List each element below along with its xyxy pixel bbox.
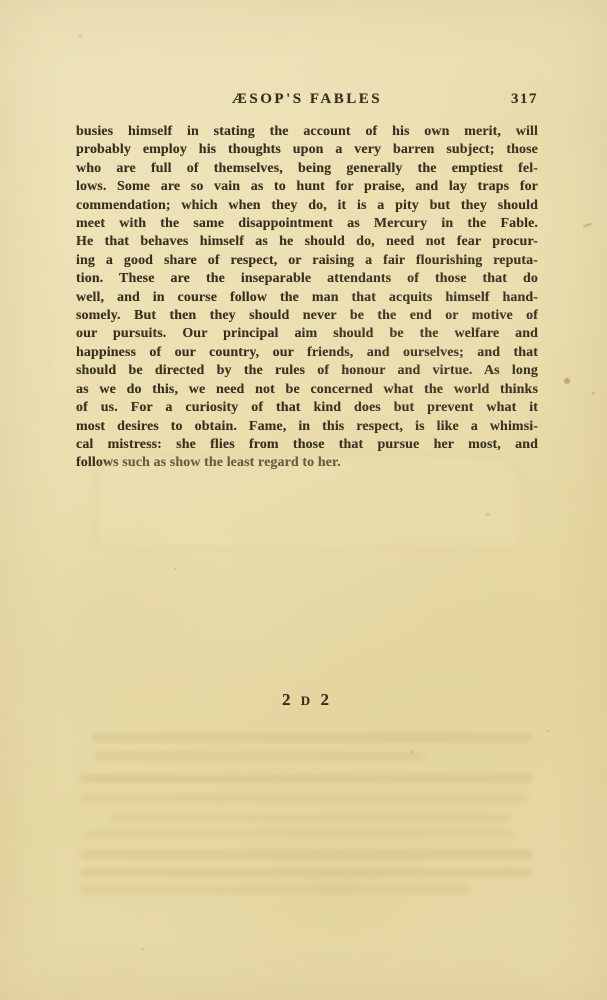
text-line: ing a good share of respect, or raising … xyxy=(76,252,538,270)
foxing-spot xyxy=(410,751,413,753)
body-paragraph: busies himself in stating the account of… xyxy=(76,123,538,473)
text-line: tion. These are the inseparable attendan… xyxy=(76,270,538,288)
showthrough-text-artifact xyxy=(80,774,532,783)
running-header: ÆSOP'S FABLES 317 xyxy=(76,89,538,109)
text-line: should be directed by the rules of honou… xyxy=(76,362,538,380)
page-number: 317 xyxy=(511,89,538,109)
text-line: meet with the same disappointment as Mer… xyxy=(76,215,538,233)
signature-mark-part: 2 xyxy=(282,690,294,709)
showthrough-text-artifact xyxy=(80,850,532,859)
foxing-spot xyxy=(486,513,490,516)
showthrough-text-artifact xyxy=(80,885,470,894)
foxing-spot xyxy=(564,378,570,384)
text-line: follows such as show the least regard to… xyxy=(76,454,538,472)
showthrough-text-artifact xyxy=(84,830,514,839)
signature-mark: 2 D 2 xyxy=(76,690,538,710)
text-line: well, and in course follow the man that … xyxy=(76,289,538,307)
foxing-spot xyxy=(141,948,144,951)
text-line: as we do this, we need not be concerned … xyxy=(76,381,538,399)
foxing-spot xyxy=(592,392,595,395)
showthrough-text-artifact xyxy=(94,752,424,761)
foxing-spot xyxy=(546,730,549,732)
showthrough-text-artifact xyxy=(92,733,532,742)
text-line: most desires to obtain. Fame, in this re… xyxy=(76,418,538,436)
text-line: happiness of our country, our friends, a… xyxy=(76,344,538,362)
signature-mark-part: D xyxy=(301,693,313,708)
text-line: our pursuits. Our principal aim should b… xyxy=(76,325,538,343)
foxing-spot xyxy=(583,223,592,228)
text-line: commendation; which when they do, it is … xyxy=(76,197,538,215)
book-page-scan: ÆSOP'S FABLES 317 busies himself in stat… xyxy=(0,0,607,1000)
text-line: of us. For a curiosity of that kind does… xyxy=(76,399,538,417)
signature-mark-part: 2 xyxy=(320,690,332,709)
showthrough-text-artifact xyxy=(80,794,528,803)
foxing-spot xyxy=(79,34,82,37)
text-line: somely. But then they should never be th… xyxy=(76,307,538,325)
text-line: who are full of themselves, being genera… xyxy=(76,160,538,178)
text-line: busies himself in stating the account of… xyxy=(76,123,538,141)
text-line: lows. Some are so vain as to hunt for pr… xyxy=(76,178,538,196)
foxing-spot xyxy=(174,568,176,570)
showthrough-text-artifact xyxy=(110,814,510,823)
running-header-title: ÆSOP'S FABLES xyxy=(76,89,538,109)
text-line: cal mistress: she flies from those that … xyxy=(76,436,538,454)
showthrough-text-artifact xyxy=(80,868,532,877)
text-line: probably employ his thoughts upon a very… xyxy=(76,141,538,159)
text-line: He that behaves himself as he should do,… xyxy=(76,233,538,251)
